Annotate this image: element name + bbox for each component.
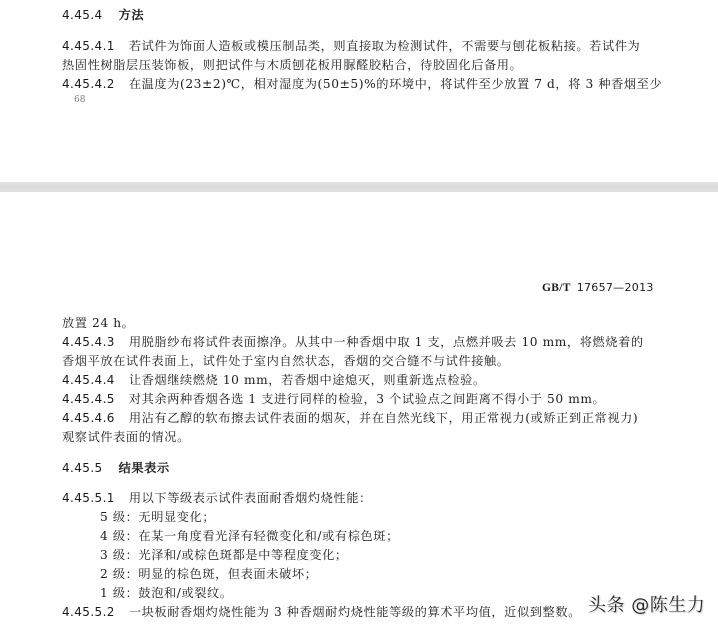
clause-text: 用沾有乙醇的软布擦去试件表面的烟灰，并在自然光线下，用正常视力(或矫正到正常视力…: [129, 411, 638, 425]
grade-2: 2 级：明显的棕色斑，但表面未破坏；: [100, 566, 317, 582]
clause-text: 对其余两种香烟各选 1 支进行同样的检验，3 个试验点之间距离不得小于 50 m…: [129, 392, 606, 406]
clause-number: 4.45.4.3: [62, 334, 115, 350]
clause-number: 4.45.4.5: [62, 391, 115, 407]
clause-text: 用脱脂纱布将试件表面擦净。从其中一种香烟中取 1 支，点燃并吸去 10 mm，将…: [129, 335, 644, 349]
paragraph-4-45-4-1: 4.45.4.1若试件为饰面人造板或模压制品类，则直接取为检测试件，不需要与刨花…: [62, 38, 640, 54]
grade-5: 5 级：无明显变化；: [100, 509, 215, 525]
paragraph-4-45-4-5: 4.45.4.5对其余两种香烟各选 1 支进行同样的检验，3 个试验点之间距离不…: [62, 391, 605, 407]
standard-number: 17657—2013: [577, 281, 654, 294]
clause-number: 4.45.4.1: [62, 38, 115, 54]
grade-4: 4 级：在某一角度看光泽有轻微变化和/或有棕色斑；: [100, 528, 399, 544]
grade-3: 3 级：光泽和/或棕色斑都是中等程度变化；: [100, 547, 348, 563]
continued-text: 放置 24 h。: [62, 315, 134, 331]
section-title: 结果表示: [119, 461, 170, 475]
document-page-top: 4.45.4方法 4.45.4.1若试件为饰面人造板或模压制品类，则直接取为检测…: [0, 0, 718, 182]
clause-number: 4.45.5.1: [62, 490, 115, 506]
standard-code: GB/T17657—2013: [542, 281, 654, 294]
paragraph-4-45-4-6-continuation: 观察试件表面的情况。: [62, 429, 190, 445]
page-separator: [0, 182, 718, 192]
watermark: 头条 @陈生力: [588, 591, 705, 617]
clause-number: 4.45.5.2: [62, 604, 115, 620]
standard-prefix: GB/T: [542, 282, 571, 294]
section-title: 方法: [119, 8, 145, 22]
paragraph-4-45-4-1-continuation: 热固性树脂层压装饰板，则把试件与木质刨花板用脲醛胶粘合，待胶固化后备用。: [62, 57, 522, 73]
clause-number: 4.45.4.2: [62, 76, 115, 92]
paragraph-4-45-4-4: 4.45.4.4让香烟继续燃烧 10 mm，若香烟中途熄灭，则重新选点检验。: [62, 372, 486, 388]
paragraph-4-45-5-2: 4.45.5.2一块板耐香烟灼烧性能为 3 种香烟耐灼烧性能等级的算术平均值，近…: [62, 604, 581, 620]
paragraph-4-45-4-3: 4.45.4.3用脱脂纱布将试件表面擦净。从其中一种香烟中取 1 支，点燃并吸去…: [62, 334, 644, 350]
section-heading-4-45-4: 4.45.4方法: [62, 7, 144, 23]
clause-text: 在温度为(23±2)℃，相对湿度为(50±5)%的环境中，将试件至少放置 7 d…: [129, 77, 662, 91]
paragraph-4-45-5-1: 4.45.5.1用以下等级表示试件表面耐香烟灼烧性能：: [62, 490, 372, 506]
clause-text: 让香烟继续燃烧 10 mm，若香烟中途熄灭，则重新选点检验。: [129, 373, 486, 387]
clause-number: 4.45.4.6: [62, 410, 115, 426]
clause-number: 4.45.4.4: [62, 372, 115, 388]
clause-text: 一块板耐香烟灼烧性能为 3 种香烟耐灼烧性能等级的算术平均值，近似到整数。: [129, 605, 581, 619]
paragraph-4-45-4-6: 4.45.4.6用沾有乙醇的软布擦去试件表面的烟灰，并在自然光线下，用正常视力(…: [62, 410, 638, 426]
clause-text: 若试件为饰面人造板或模压制品类，则直接取为检测试件，不需要与刨花板粘接。若试件为: [129, 39, 641, 53]
paragraph-4-45-4-2: 4.45.4.2在温度为(23±2)℃，相对湿度为(50±5)%的环境中，将试件…: [62, 76, 662, 92]
section-number: 4.45.5: [62, 460, 103, 476]
paragraph-4-45-4-3-continuation: 香烟平放在试件表面上，试件处于室内自然状态，香烟的交合缝不与试件接触。: [62, 353, 510, 369]
grade-1: 1 级：鼓泡和/或裂纹。: [100, 585, 233, 601]
section-heading-4-45-5: 4.45.5结果表示: [62, 460, 170, 476]
clause-text: 用以下等级表示试件表面耐香烟灼烧性能：: [129, 491, 372, 505]
section-number: 4.45.4: [62, 7, 103, 23]
page-number: 68: [74, 95, 85, 105]
